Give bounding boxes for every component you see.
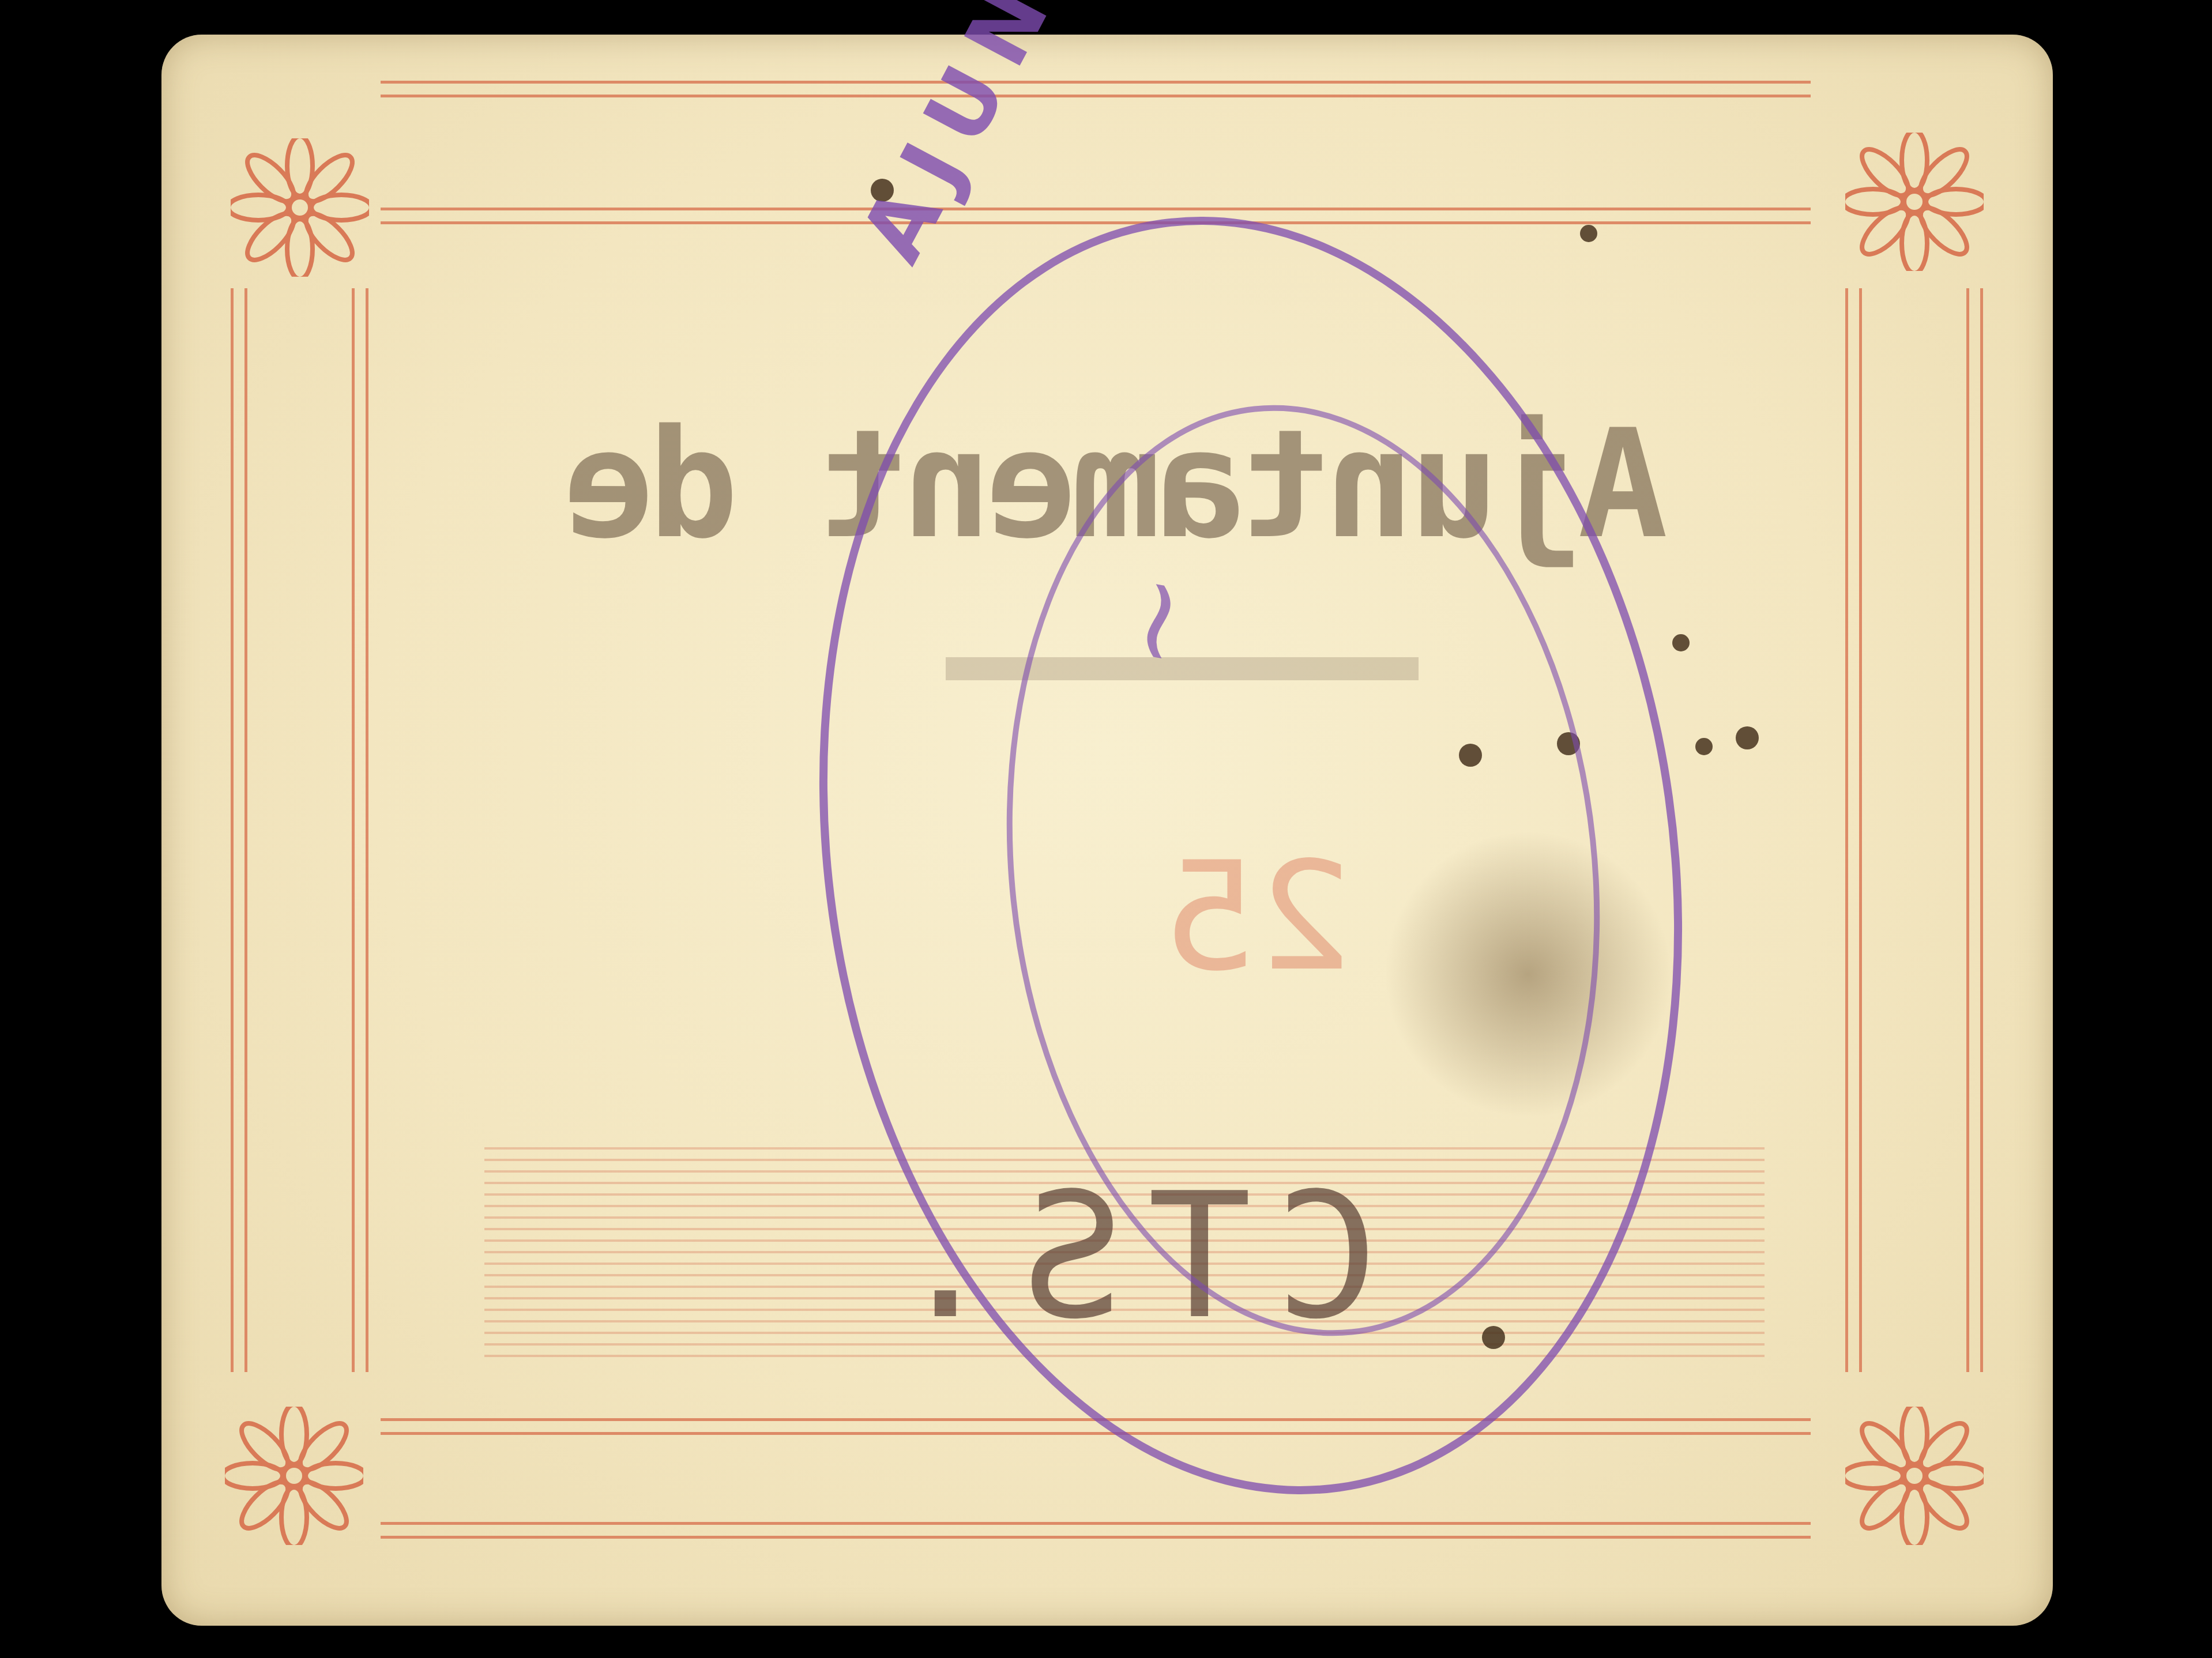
border-rule <box>1966 288 1969 1372</box>
border-rule <box>1980 288 1983 1372</box>
spot <box>1672 634 1690 651</box>
border-rule <box>381 81 1811 84</box>
border-rule <box>1859 288 1862 1372</box>
spot <box>1736 726 1759 749</box>
border-rule <box>352 288 355 1372</box>
border-rule <box>381 1536 1811 1539</box>
border-rule <box>381 95 1811 97</box>
corner-flower-icon <box>231 138 369 277</box>
corner-flower-icon <box>225 1407 363 1545</box>
border-rule <box>1845 288 1848 1372</box>
black-backdrop-left <box>0 0 127 1658</box>
border-rule <box>231 288 234 1372</box>
border-rule <box>381 1432 1811 1435</box>
border-rule <box>381 208 1811 210</box>
spot <box>1580 225 1597 242</box>
border-rule <box>381 1522 1811 1525</box>
corner-flower-icon <box>1845 133 1984 271</box>
corner-flower-icon <box>1845 1407 1984 1545</box>
banknote: Ajuntament de 25 CTS. AJUNTAMENT ~ <box>161 35 2053 1626</box>
black-backdrop-right <box>2085 0 2212 1658</box>
spot <box>1695 738 1713 755</box>
border-rule <box>244 288 247 1372</box>
border-rule <box>381 221 1811 224</box>
border-rule <box>366 288 368 1372</box>
